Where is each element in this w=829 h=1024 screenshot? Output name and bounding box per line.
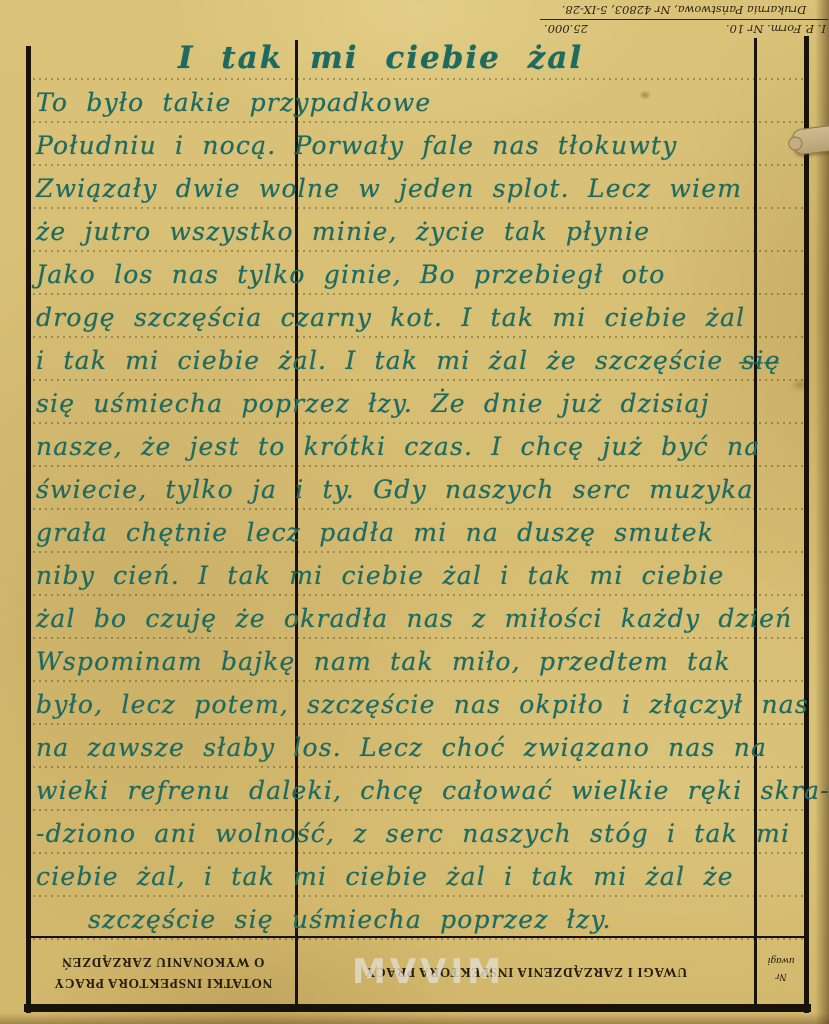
footer-left-line1: NOTATKI INSPEKTORA PRACY — [54, 972, 272, 993]
footer-left-column-header: NOTATKI INSPEKTORA PRACY O WYKONANIU ZAR… — [34, 942, 292, 1002]
handwritten-line: Południu i nocą. Porwały fale nas tłokuw… — [36, 131, 678, 173]
handwritten-line: się uśmiecha poprzez łzy. Że dnie już dz… — [36, 389, 710, 431]
scanned-form-page: I. P. Form. Nr 10. 25.000. Drukarnia Pań… — [0, 0, 829, 1024]
form-border-bottom — [24, 1004, 811, 1012]
handwritten-line: Jako los nas tylko ginie, Bo przebiegł o… — [36, 260, 665, 302]
handwritten-line: niby cień. I tak mi ciebie żal i tak mi … — [36, 561, 724, 603]
handwritten-line: wieki refrenu daleki, chcę całować wielk… — [36, 776, 829, 818]
handwritten-line: Związały dwie wolne w jeden splot. Lecz … — [36, 174, 742, 216]
handwritten-line: że jutro wszystko minie, życie tak płyni… — [36, 217, 650, 259]
footer-left-line2: O WYKONANIU ZARZĄDZEŃ — [54, 951, 272, 972]
archive-watermark: MVVIM — [352, 952, 505, 992]
footer-number-column-header: Nr uwagi — [757, 936, 805, 1002]
imprint-printer-line: Drukarnia Państwowa, Nr 42803, 5-IX-28. — [540, 2, 828, 19]
handwritten-line: było, lecz potem, szczęście nas okpiło i… — [36, 690, 809, 732]
page-edge-shadow-right — [815, 0, 829, 1024]
printer-imprint: I. P. Form. Nr 10. 25.000. Drukarnia Pań… — [540, 2, 828, 37]
handwritten-line: świecie, tylko ja i ty. Gdy naszych serc… — [36, 475, 754, 517]
handwritten-line: i tak mi ciebie żal. I tak mi żal że szc… — [36, 346, 781, 388]
handwritten-line: grała chętnie lecz padła mi na duszę smu… — [36, 518, 714, 560]
footer-right-line2: uwagi — [768, 953, 795, 970]
handwritten-line: To było takie przypadkowe — [36, 88, 431, 130]
page-edge-shadow-bottom — [0, 1013, 829, 1024]
ruled-line — [27, 78, 807, 80]
form-border-left — [26, 46, 31, 1013]
handwritten-line: nasze, że jest to krótki czas. I chcę ju… — [36, 432, 760, 474]
handwritten-line: żal bo czuję że okradła nas z miłości ka… — [36, 604, 792, 646]
imprint-print-run: 25.000. — [544, 22, 588, 36]
imprint-form-row: I. P. Form. Nr 10. 25.000. — [540, 19, 828, 37]
handwritten-line: szczęście się uśmiecha poprzez łzy. — [88, 905, 612, 947]
handwritten-line: na zawsze słaby los. Lecz choć związano … — [36, 733, 767, 775]
handwritten-line: drogę szczęścia czarny kot. I tak mi cie… — [36, 303, 745, 345]
handwritten-line: ciebie żal, i tak mi ciebie żal i tak mi… — [36, 862, 734, 904]
footer-right-line1: Nr — [768, 969, 795, 986]
binding-thread — [792, 124, 829, 155]
handwritten-line: Wspominam bajkę nam tak miło, przedtem t… — [36, 647, 731, 689]
handwritten-line: -dziono ani wolność, z serc naszych stóg… — [36, 819, 790, 861]
form-border-right — [804, 36, 809, 1013]
imprint-form-number: I. P. Form. Nr 10. — [726, 22, 826, 36]
handwritten-title: I tak mi ciebie żal — [178, 40, 583, 76]
